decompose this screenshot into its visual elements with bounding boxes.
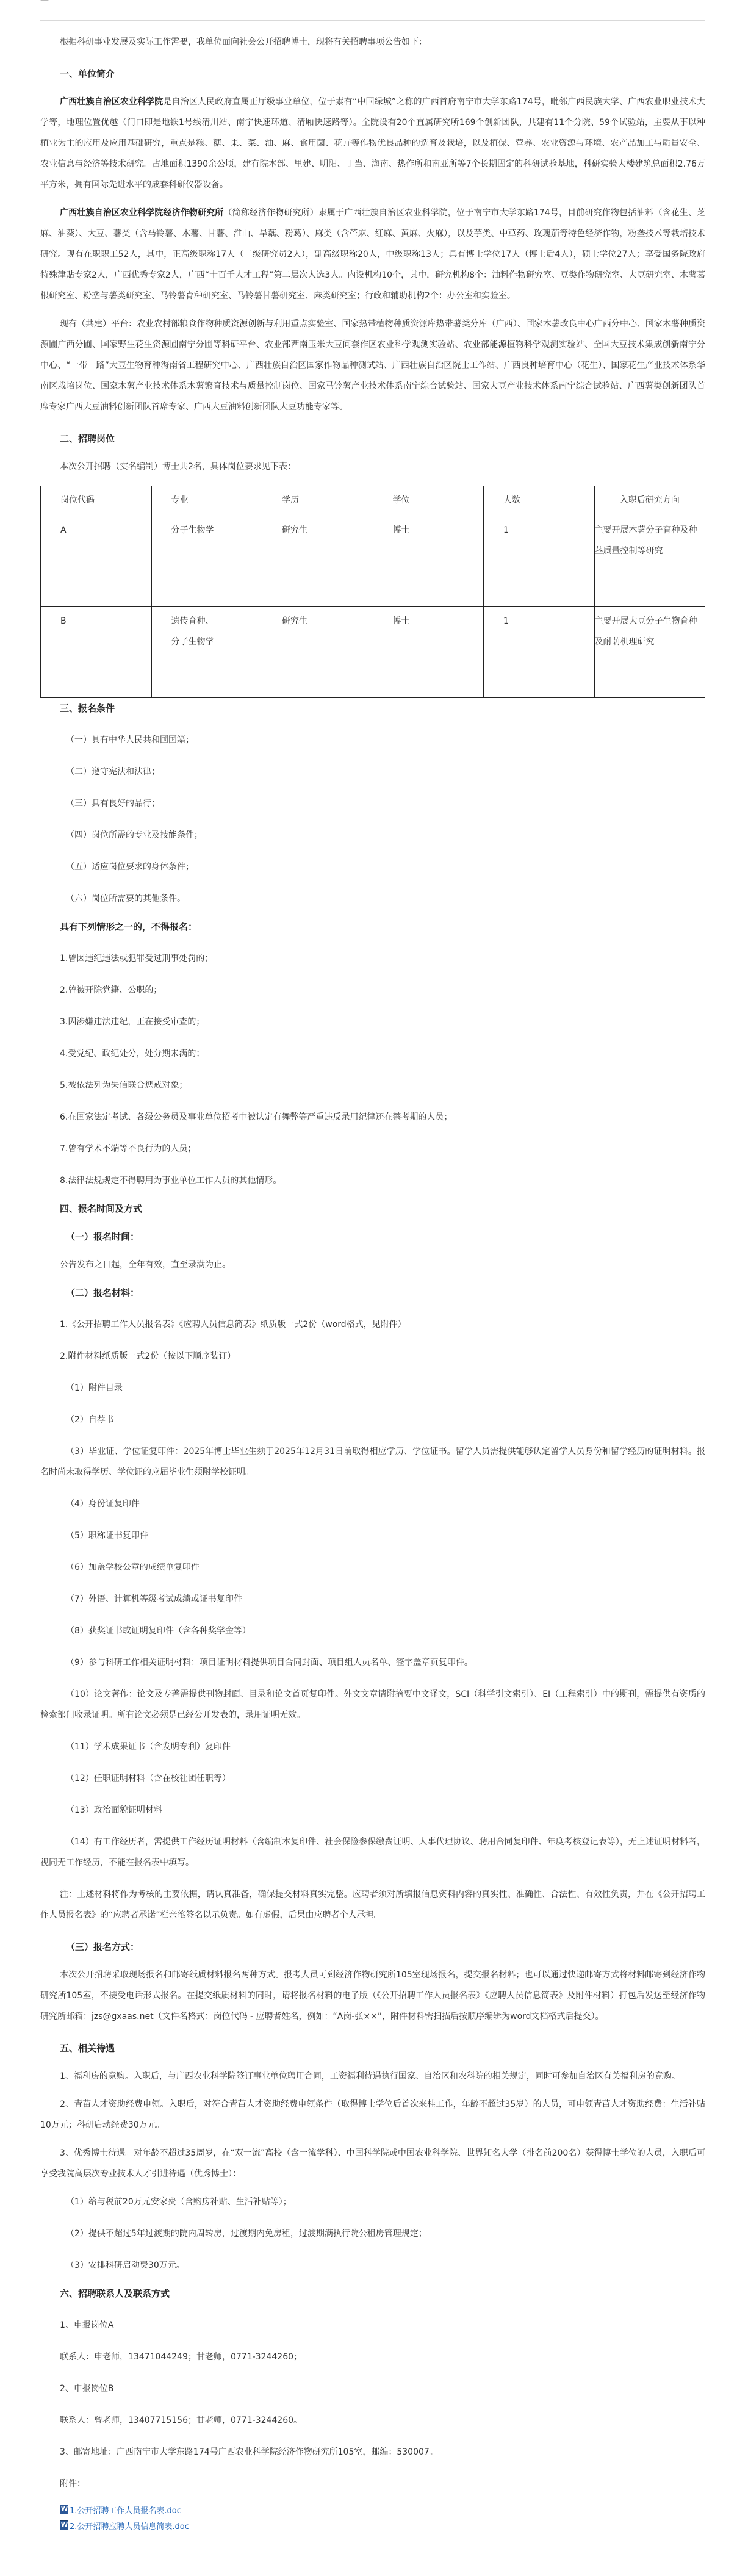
method-text: 本次公开招聘采取现场报名和邮寄纸质材料报名两种方式。报考人员可到经济作物研究所1…: [40, 1965, 705, 2027]
material-sub-item: （12）任职证明材料（含在校社团任职等）: [40, 1768, 705, 1789]
condition-item: （三）具有良好的品行；: [40, 793, 705, 814]
material-sub-item: （11）学术成果证书（含发明专利）复印件: [40, 1736, 705, 1757]
cell-education: 研究生: [262, 607, 373, 698]
platforms-paragraph: 现有（共建）平台：农业农村部粮食作物种质资源创新与利用重点实验室、国家热带植物种…: [40, 314, 705, 417]
bottom-spacer: [40, 2533, 705, 2576]
exclusion-item: 6.在国家法定考试、各级公务员及事业单位招考中被认定有舞弊等严重违反录用纪律还在…: [40, 1107, 705, 1128]
exclusion-heading: 具有下列情形之一的，不得报名：: [40, 916, 705, 937]
page-top: [0, 0, 737, 21]
condition-item: （五）适应岗位要求的身体条件；: [40, 857, 705, 877]
condition-item: （四）岗位所需的专业及技能条件；: [40, 825, 705, 846]
header-major: 专业: [151, 486, 262, 516]
exclusion-item: 3.因涉嫌违法违纪，正在接受审查的；: [40, 1012, 705, 1032]
header-degree: 学位: [373, 486, 484, 516]
material-sub-item: （6）加盖学校公章的成绩单复印件: [40, 1557, 705, 1578]
condition-item: （二）遵守宪法和法律；: [40, 761, 705, 782]
word-doc-icon: [60, 2520, 68, 2530]
cell-major: 分子生物学: [151, 516, 262, 607]
material-sub-item: （14）有工作经历者，需提供工作经历证明材料（含编制本复印件、社会保险参保缴费证…: [40, 1832, 705, 1873]
word-doc-icon: [60, 2505, 68, 2514]
major-line: 分子生物学: [171, 631, 262, 652]
materials-item: 1.《公开招聘工作人员报名表》《应聘人员信息简表》纸质版一式2份（word格式，…: [40, 1314, 705, 1335]
benefit-paragraph: 3、优秀博士待遇。对年龄不超过35周岁，在“双一流”高校（含一流学科）、中国科学…: [40, 2143, 705, 2184]
material-sub-item: （5）职称证书复印件: [40, 1525, 705, 1546]
positions-table: 岗位代码 专业 学历 学位 人数 入职后研究方向 A 分子生物学 研究生 博士 …: [40, 486, 705, 698]
major-line: 遗传育种、: [171, 611, 262, 631]
section-heading-benefits: 五、相关待遇: [40, 2038, 705, 2059]
exclusion-item: 1.曾因违纪违法或犯罪受过刑事处罚的；: [40, 948, 705, 969]
section-heading-requirements: 三、报名条件: [40, 698, 705, 719]
institute-description: （简称经济作物研究所）隶属于广西壮族自治区农业科学院，位于南宁市大学东路174号…: [40, 208, 705, 301]
attachment-link[interactable]: 2.公开招聘应聘人员信息简表.doc: [70, 2520, 189, 2531]
academy-intro-paragraph: 广西壮族自治区农业科学院是自治区人民政府直属正厅级事业单位，位于素有“中国绿城”…: [40, 92, 705, 195]
exclusion-item: 8.法律法规规定不得聘用为事业单位工作人员的其他情形。: [40, 1170, 705, 1191]
material-sub-item: （7）外语、计算机等级考试成绩或证书复印件: [40, 1589, 705, 1610]
section-heading-contacts: 六、招聘联系人及联系方式: [40, 2283, 705, 2304]
cell-major: 遗传育种、分子生物学: [151, 607, 262, 698]
contact-post-b: 2、申报岗位B: [40, 2378, 705, 2399]
cell-degree: 博士: [373, 516, 484, 607]
exclusion-item: 4.受党纪、政纪处分，处分期未满的；: [40, 1043, 705, 1064]
table-row: A 分子生物学 研究生 博士 1 主要开展木薯分子育种及种茎质量控制等研究: [41, 516, 705, 607]
attachment-item[interactable]: 2.公开招聘应聘人员信息简表.doc: [40, 2517, 705, 2533]
contact-a: 联系人：申老师，13471044249；甘老师，0771-3244260；: [40, 2347, 705, 2367]
mailing-address: 3、邮寄地址：广西南宁市大学东路174号广西农业科学院经济作物研究所105室，邮…: [40, 2442, 705, 2463]
attachment-link[interactable]: 1.公开招聘工作人员报名表.doc: [70, 2504, 181, 2516]
registration-time-heading: （一）报名时间：: [40, 1226, 705, 1247]
academy-name: 广西壮族自治区农业科学院: [60, 97, 163, 107]
table-row: B 遗传育种、分子生物学 研究生 博士 1 主要开展大豆分子生物育种及耐荫机理研…: [41, 607, 705, 698]
institute-name: 广西壮族自治区农业科学院经济作物研究所: [60, 208, 223, 218]
material-sub-item: （3）毕业证、学位证复印件：2025年博士毕业生须于2025年12月31日前取得…: [40, 1441, 705, 1483]
header-education: 学历: [262, 486, 373, 516]
benefit-item: （1）给与税前20万元安家费（含购房补贴、生活补贴等）；: [40, 2192, 705, 2212]
institute-intro-paragraph: 广西壮族自治区农业科学院经济作物研究所（简称经济作物研究所）隶属于广西壮族自治区…: [40, 203, 705, 306]
benefit-item: （3）安排科研启动费30万元。: [40, 2255, 705, 2276]
materials-heading: （二）报名材料：: [40, 1283, 705, 1303]
materials-item: 2.附件材料纸质版一式2份（按以下顺序装订）: [40, 1346, 705, 1367]
cell-code: B: [41, 607, 152, 698]
material-sub-item: （9）参与科研工作相关证明材料：项目证明材料提供项目合同封面、项目组人员名单、签…: [40, 1652, 705, 1673]
material-sub-item: （4）身份证复印件: [40, 1494, 705, 1514]
material-sub-item: （8）获奖证书或证明复印件（含各种奖学金等）: [40, 1621, 705, 1641]
registration-time-text: 公告发布之日起，全年有效，直至录满为止。: [40, 1254, 705, 1275]
cell-count: 1: [484, 607, 595, 698]
cell-direction: 主要开展木薯分子育种及种茎质量控制等研究: [594, 516, 705, 607]
major-line: 分子生物学: [171, 520, 262, 541]
contact-b: 联系人：曾老师，13407715156；甘老师，0771-3244260。: [40, 2410, 705, 2431]
header-count: 人数: [484, 486, 595, 516]
article-body: 根据科研事业发展及实际工作需要，我单位面向社会公开招聘博士，现将有关招聘事项公告…: [40, 21, 705, 2576]
header-direction: 入职后研究方向: [594, 486, 705, 516]
section-heading-intro: 一、单位简介: [40, 63, 705, 84]
cell-degree: 博士: [373, 607, 484, 698]
header-code: 岗位代码: [41, 486, 152, 516]
material-sub-item: （1）附件目录: [40, 1378, 705, 1398]
section-heading-positions: 二、招聘岗位: [40, 428, 705, 449]
attachment-item[interactable]: 1.公开招聘工作人员报名表.doc: [40, 2502, 705, 2517]
method-heading: （三）报名方式：: [40, 1937, 705, 1957]
partial-checkbox-icon: [40, 0, 49, 1]
exclusion-item: 2.曾被开除党籍、公职的；: [40, 980, 705, 1001]
material-sub-item: （2）自荐书: [40, 1409, 705, 1430]
benefit-paragraph: 1、福利房的竞购。入职后，与广西农业科学院签订事业单位聘用合同，工资福利待遇执行…: [40, 2066, 705, 2087]
exclusion-item: 7.曾有学术不端等不良行为的人员；: [40, 1139, 705, 1159]
section-heading-registration: 四、报名时间及方式: [40, 1198, 705, 1219]
cell-code: A: [41, 516, 152, 607]
table-header-row: 岗位代码 专业 学历 学位 人数 入职后研究方向: [41, 486, 705, 516]
cell-count: 1: [484, 516, 595, 607]
attachments-label: 附件：: [40, 2473, 705, 2494]
intro-paragraph: 根据科研事业发展及实际工作需要，我单位面向社会公开招聘博士，现将有关招聘事项公告…: [40, 32, 705, 52]
cell-direction: 主要开展大豆分子生物育种及耐荫机理研究: [594, 607, 705, 698]
positions-intro: 本次公开招聘（实名编制）博士共2名，具体岗位要求见下表：: [40, 456, 705, 477]
academy-description: 是自治区人民政府直属正厅级事业单位，位于素有“中国绿城”之称的广西首府南宁市大学…: [40, 97, 705, 190]
materials-note: 注：上述材料将作为考核的主要依据，请认真准备，确保提交材料真实完整。应聘者须对所…: [40, 1884, 705, 1926]
exclusion-item: 5.被依法列为失信联合惩戒对象；: [40, 1075, 705, 1096]
benefit-paragraph: 2、青苗人才资助经费申领。入职后，对符合青苗人才资助经费申领条件（取得博士学位后…: [40, 2094, 705, 2135]
benefit-item: （2）提供不超过5年过渡期的院内周转房，过渡期内免房租，过渡期满执行院公租房管理…: [40, 2223, 705, 2244]
material-sub-item: （10）论文著作：论文及专著需提供刊物封面、目录和论文首页复印件。外文文章请附摘…: [40, 1684, 705, 1725]
cell-education: 研究生: [262, 516, 373, 607]
condition-item: （一）具有中华人民共和国国籍；: [40, 730, 705, 750]
contact-post-a: 1、申报岗位A: [40, 2315, 705, 2336]
condition-item: （六）岗位所需要的其他条件。: [40, 888, 705, 909]
material-sub-item: （13）政治面貌证明材料: [40, 1800, 705, 1821]
